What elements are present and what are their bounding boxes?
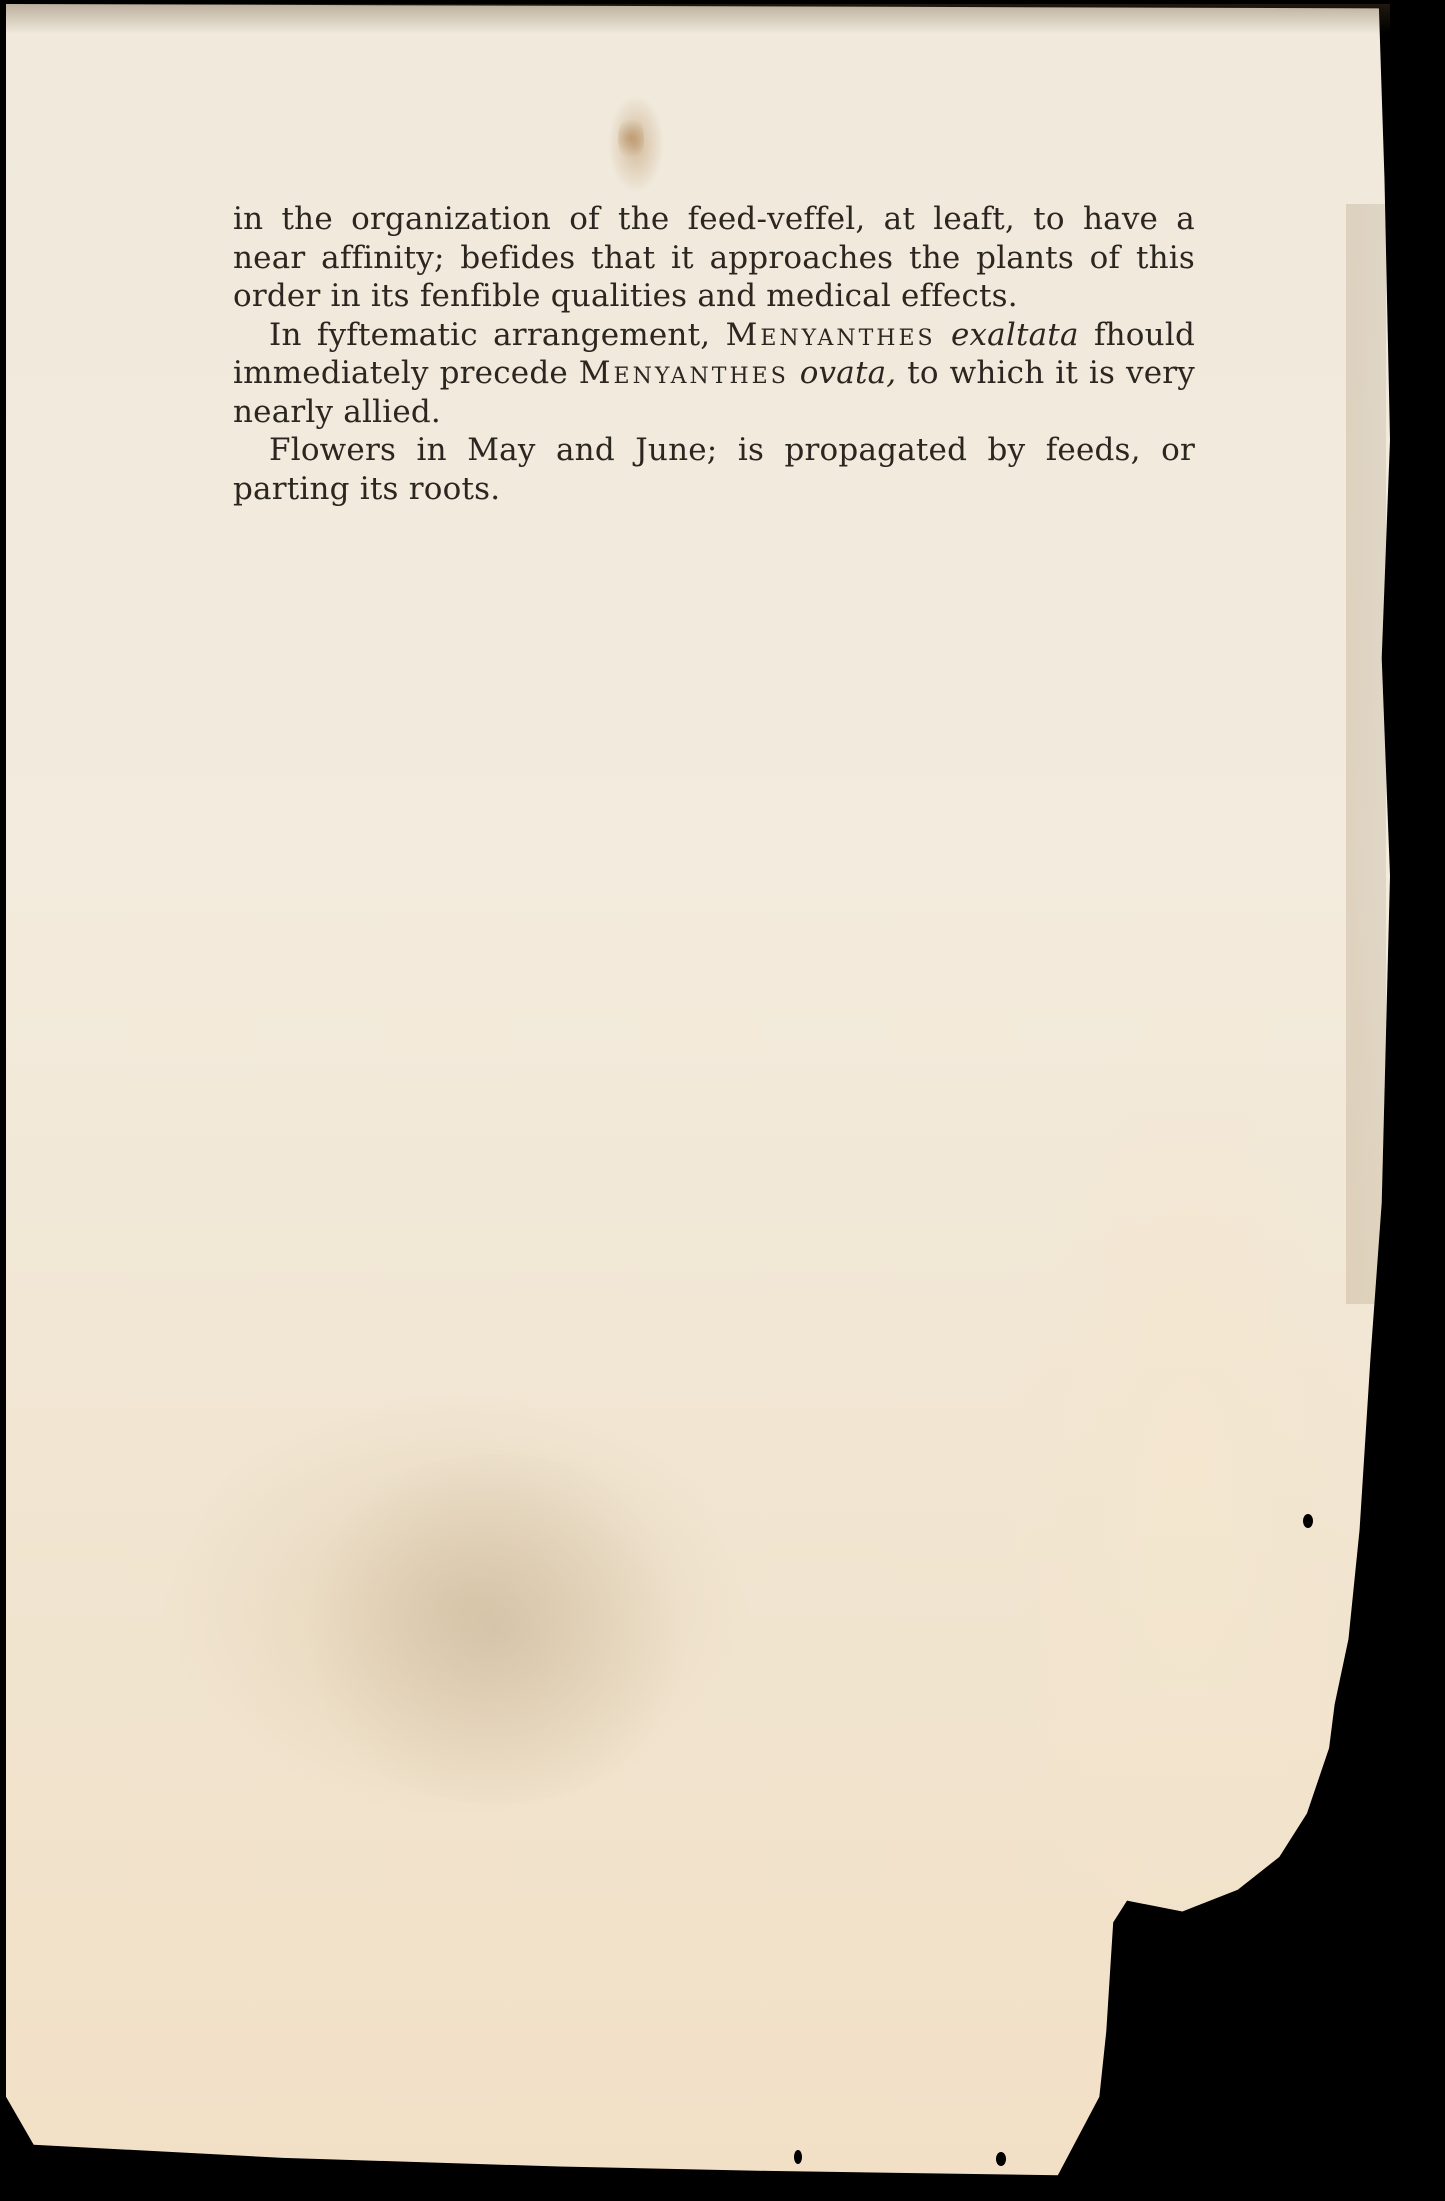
paragraph-1-text: in the organization of the feed-veffel, … (233, 201, 1195, 314)
genus-name-small-caps: Menyanthes (579, 355, 789, 391)
text-run (936, 317, 951, 353)
right-edge-repair-strip (1346, 204, 1386, 1304)
worm-hole (1303, 1514, 1313, 1528)
foxing-stain (286, 1454, 706, 1804)
worm-hole (996, 2152, 1006, 2166)
paragraph-3-text: Flowers in May and June; is propagated b… (233, 432, 1195, 507)
paragraph-2: In fyftematic arrangement, Menyanthes ex… (233, 316, 1195, 432)
worm-hole (794, 2150, 802, 2164)
genus-name-small-caps: Menyanthes (726, 317, 936, 353)
paragraph-1: in the organization of the feed-veffel, … (233, 200, 1195, 316)
text-run: In fyftematic arrangement, (269, 317, 726, 353)
ink-stain (618, 114, 644, 162)
paragraph-3: Flowers in May and June; is propagated b… (233, 431, 1195, 508)
text-run (789, 355, 800, 391)
page-body-text: in the organization of the feed-veffel, … (233, 200, 1195, 508)
species-name-italic: ovata, (800, 355, 897, 391)
species-name-italic: exaltata (951, 317, 1079, 353)
